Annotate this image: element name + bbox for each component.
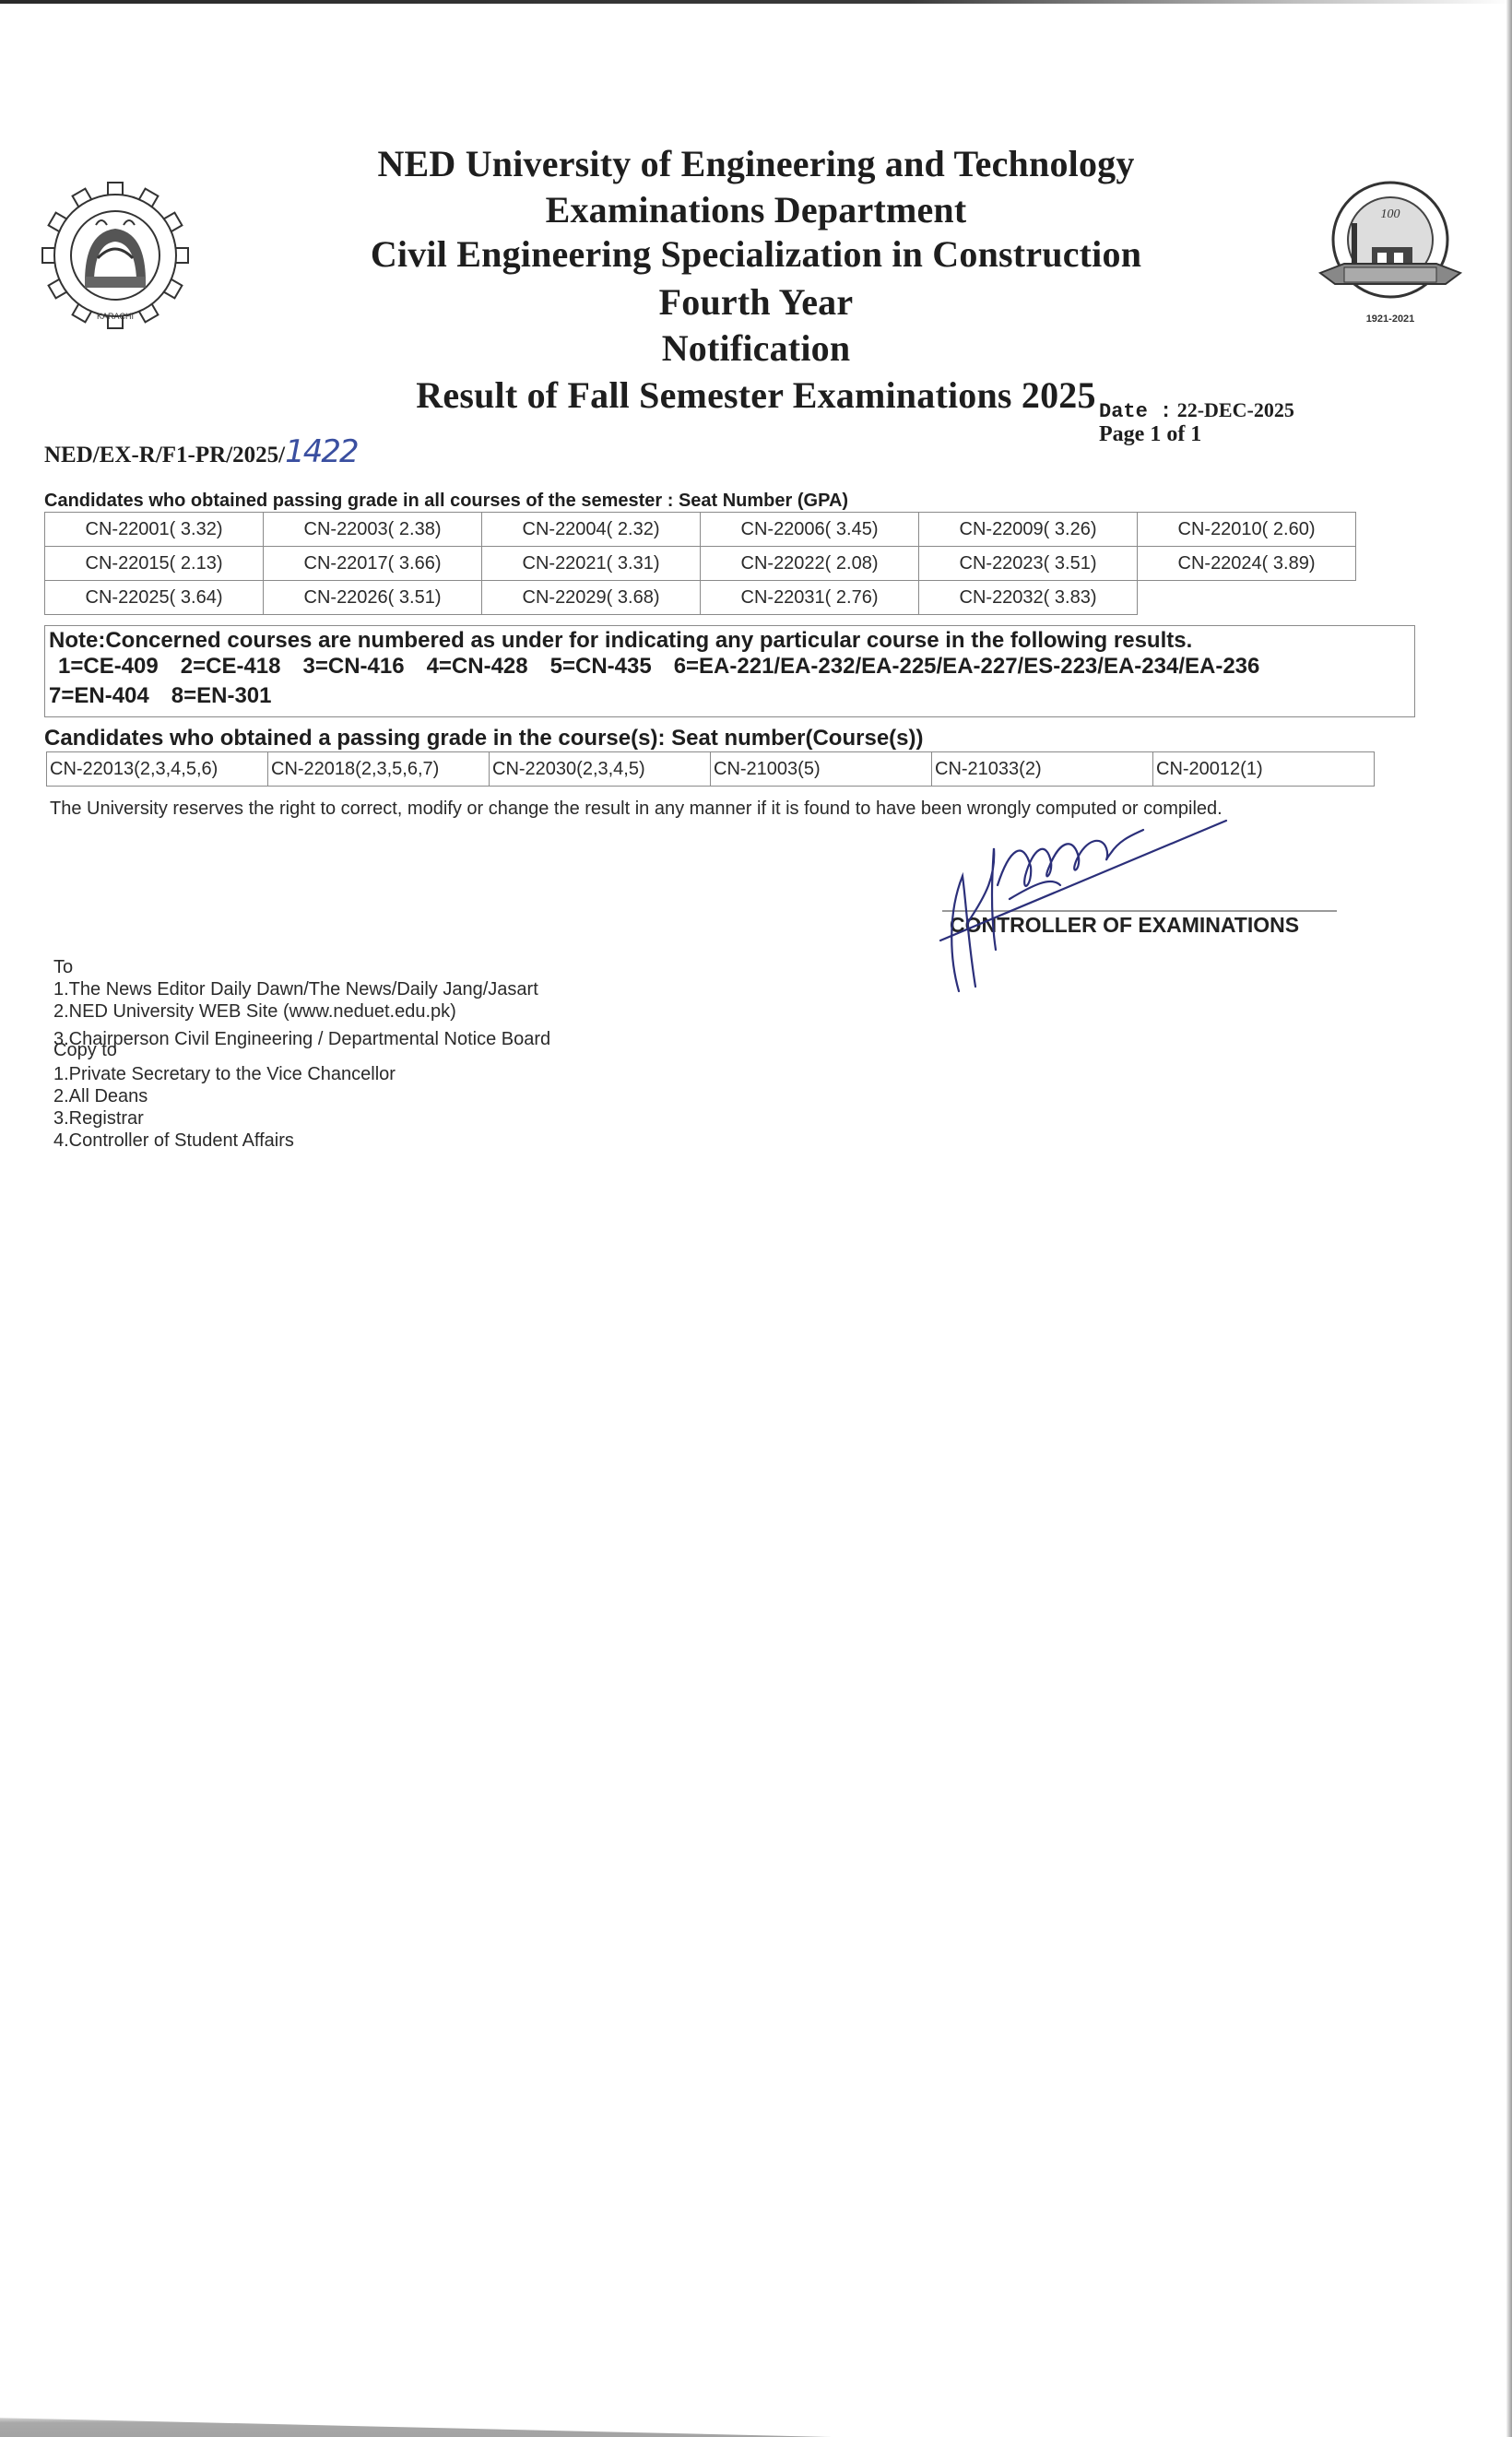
table-row: CN-22001( 3.32)CN-22003( 2.38)CN-22004( … xyxy=(45,513,1356,547)
page-number: Page 1 of 1 xyxy=(1099,422,1201,447)
copy-item: 2.All Deans xyxy=(53,1085,550,1107)
gpa-cell xyxy=(1138,581,1356,615)
to-item: 3.Chairperson Civil Engineering / Depart… xyxy=(53,1028,550,1050)
gpa-cell: CN-22023( 3.51) xyxy=(919,547,1138,581)
institution-title: NED University of Engineering and Techno… xyxy=(0,142,1512,186)
notification-title: Notification xyxy=(0,326,1512,371)
note-intro: Note:Concerned courses are numbered as u… xyxy=(49,628,1192,654)
scan-top-edge xyxy=(0,0,1512,4)
distribution-list: To 1.The News Editor Daily Dawn/The News… xyxy=(53,956,550,1152)
year-title: Fourth Year xyxy=(0,280,1512,325)
course-key: 3=CN-416 xyxy=(303,654,405,679)
course-cell: CN-22013(2,3,4,5,6) xyxy=(47,752,268,787)
gpa-cell: CN-22003( 2.38) xyxy=(264,513,482,547)
course-cell: CN-20012(1) xyxy=(1153,752,1375,787)
date: Date : 22-DEC-2025 xyxy=(1099,398,1294,423)
gpa-cell: CN-22024( 3.89) xyxy=(1138,547,1356,581)
reference-prefix: NED/EX-R/F1-PR/2025/ xyxy=(44,443,285,467)
table-row: CN-22013(2,3,4,5,6)CN-22018(2,3,5,6,7)CN… xyxy=(47,752,1375,787)
gpa-cell: CN-22017( 3.66) xyxy=(264,547,482,581)
course-cell: CN-21033(2) xyxy=(932,752,1153,787)
gpa-cell: CN-22015( 2.13) xyxy=(45,547,264,581)
gpa-cell: CN-22032( 3.83) xyxy=(919,581,1138,615)
gpa-cell: CN-22001( 3.32) xyxy=(45,513,264,547)
passed-courses-heading: Candidates who obtained a passing grade … xyxy=(44,726,923,751)
to-item: 2.NED University WEB Site (www.neduet.ed… xyxy=(53,1000,550,1023)
gpa-cell: CN-22025( 3.64) xyxy=(45,581,264,615)
course-key: 4=CN-428 xyxy=(427,654,528,679)
program-title: Civil Engineering Specialization in Cons… xyxy=(0,232,1512,277)
note-courses-line-2: 7=EN-4048=EN-301 xyxy=(49,683,294,709)
passed-all-heading: Candidates who obtained passing grade in… xyxy=(44,491,848,512)
gpa-results-table: CN-22001( 3.32)CN-22003( 2.38)CN-22004( … xyxy=(44,512,1356,615)
gpa-cell: CN-22009( 3.26) xyxy=(919,513,1138,547)
gpa-cell: CN-22026( 3.51) xyxy=(264,581,482,615)
note-courses-line-1: 1=CE-4092=CE-4183=CN-4164=CN-4285=CN-435… xyxy=(58,654,1282,680)
copy-item: 3.Registrar xyxy=(53,1107,550,1130)
gpa-cell: CN-22031( 2.76) xyxy=(701,581,919,615)
course-cell: CN-22018(2,3,5,6,7) xyxy=(268,752,490,787)
course-cell: CN-21003(5) xyxy=(711,752,932,787)
gpa-cell: CN-22021( 3.31) xyxy=(482,547,701,581)
to-item: 1.The News Editor Daily Dawn/The News/Da… xyxy=(53,978,550,1000)
signature-icon xyxy=(922,811,1254,1000)
course-key: 5=CN-435 xyxy=(550,654,652,679)
date-label: Date : xyxy=(1099,400,1172,423)
to-label: To xyxy=(53,956,550,978)
course-key-note: Note:Concerned courses are numbered as u… xyxy=(44,625,1415,717)
gpa-cell: CN-22022( 2.08) xyxy=(701,547,919,581)
course-key: 6=EA-221/EA-232/EA-225/EA-227/ES-223/EA-… xyxy=(674,654,1260,679)
reference-handwritten: 1422 xyxy=(285,433,358,470)
course-results-table: CN-22013(2,3,4,5,6)CN-22018(2,3,5,6,7)CN… xyxy=(46,751,1375,787)
table-row: CN-22015( 2.13)CN-22017( 3.66)CN-22021( … xyxy=(45,547,1356,581)
course-key: 2=CE-418 xyxy=(181,654,281,679)
course-key: 7=EN-404 xyxy=(49,683,149,708)
course-key: 1=CE-409 xyxy=(58,654,159,679)
date-value: 22-DEC-2025 xyxy=(1177,398,1294,421)
copy-item: 4.Controller of Student Affairs xyxy=(53,1130,550,1152)
gpa-cell: CN-22010( 2.60) xyxy=(1138,513,1356,547)
gpa-cell: CN-22004( 2.32) xyxy=(482,513,701,547)
reference-number: NED/EX-R/F1-PR/2025/1422 xyxy=(44,433,358,470)
course-key: 8=EN-301 xyxy=(171,683,272,708)
gpa-cell: CN-22006( 3.45) xyxy=(701,513,919,547)
copy-item: 1.Private Secretary to the Vice Chancell… xyxy=(53,1063,550,1085)
scan-bottom-shadow xyxy=(0,2413,1512,2437)
gpa-cell: CN-22029( 3.68) xyxy=(482,581,701,615)
department-title: Examinations Department xyxy=(0,188,1512,232)
table-row: CN-22025( 3.64)CN-22026( 3.51)CN-22029( … xyxy=(45,581,1356,615)
course-cell: CN-22030(2,3,4,5) xyxy=(490,752,711,787)
